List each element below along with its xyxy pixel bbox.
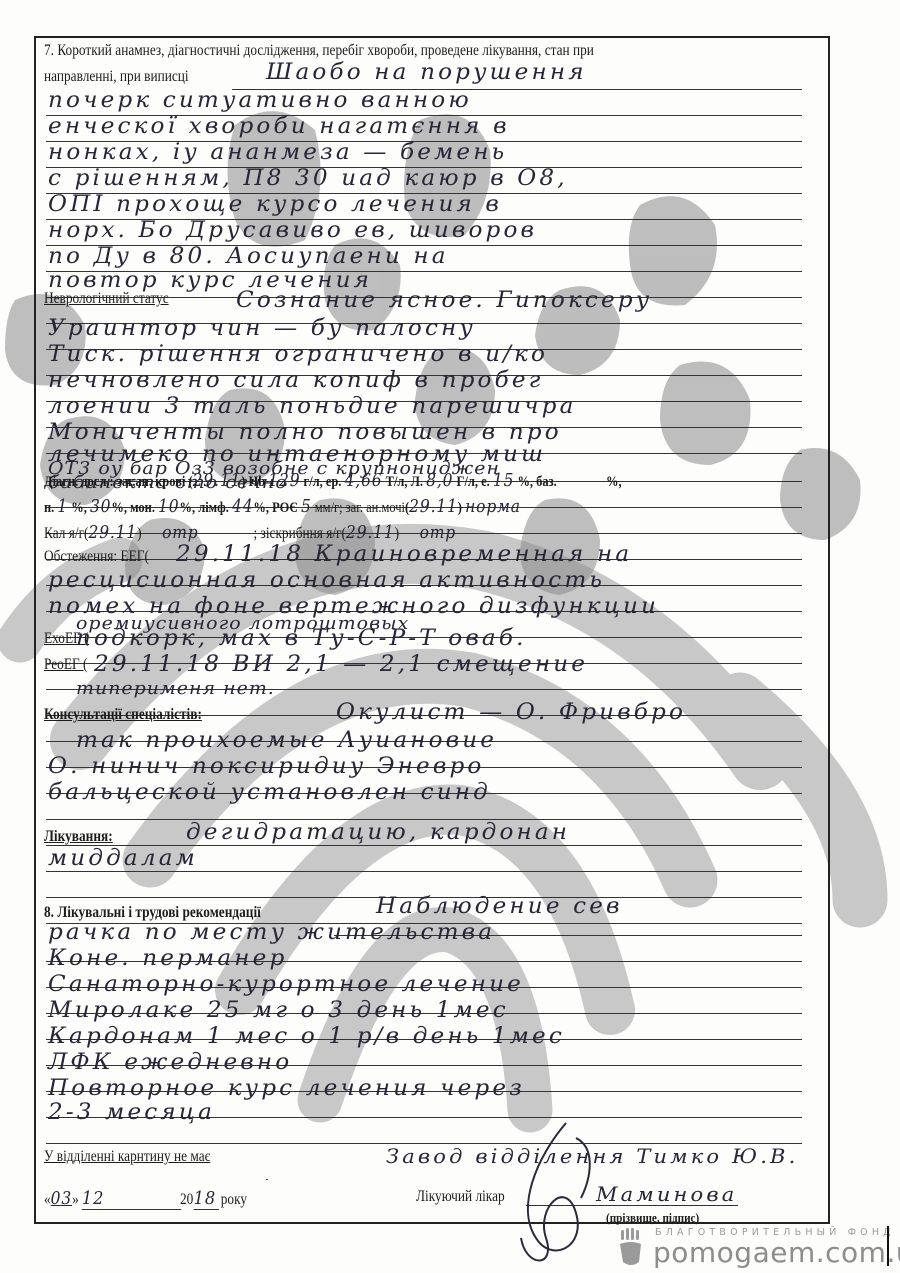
recommendation-line: Наблюдение сев — [376, 894, 623, 919]
date-month: 12 — [82, 1188, 181, 1210]
edge-bar — [887, 1226, 889, 1266]
reo-eg-label: РеоЕГ ( — [44, 656, 87, 674]
handwriting-line: Сознание ясное. Гипоксеру — [236, 288, 652, 313]
recommendation-line: Санаторно-курортное лечение — [48, 972, 524, 997]
ruled-line — [46, 794, 802, 820]
discharge-date: «03» 12 2018 року — [44, 1188, 247, 1210]
treatment-line: миддалам — [48, 846, 198, 871]
handwriting-line: лоении 3 таль поньдие парешичра — [48, 394, 577, 419]
quarantine-note: У відділенні карнтину не має — [44, 1148, 210, 1166]
handwriting-line: нонках, іу ананмеза — бемень — [48, 140, 507, 165]
doctor-label: Лікуючий лікар — [416, 1188, 505, 1206]
recommendation-line: Миролаке 25 мг о 3 день 1мес — [48, 998, 509, 1023]
date-quote-open: « — [44, 1191, 51, 1208]
recommendation-line: ЛФК ежедневно — [48, 1050, 292, 1075]
handwriting-line: норх. Бо Друсавиво ев, шиворов — [48, 218, 537, 243]
handwriting-line: нечновлено сила копиф в пробег — [48, 368, 544, 393]
treatment-line: дегидратацию, кардонан — [186, 820, 570, 845]
discharge-form: 7. Короткий анамнез, діагностичні дослід… — [34, 36, 830, 1224]
recommendation-line: рачка по месту жительства — [48, 920, 495, 945]
handwriting-line: Ураинтор чин — бу палосну — [48, 316, 476, 341]
recommendation-line: Коне. перманер — [48, 946, 287, 971]
handwriting-line: ОПІ прохоще курсо лечения в — [48, 192, 502, 217]
section7-subheading: направленні, при виписці — [44, 68, 189, 86]
handwriting-line: Тиск. рішення ограничено в и/ко — [48, 342, 548, 367]
section7-heading: 7. Короткий анамнез, діагностичні дослід… — [44, 42, 594, 60]
year-word: року — [221, 1191, 247, 1208]
recommendation-line: Кардонам 1 мес о 1 р/в день 1мес — [48, 1024, 565, 1049]
reo-line: типерименя нет. — [76, 678, 275, 699]
year-prefix: 20 — [180, 1191, 193, 1208]
year-suffix: 18 — [193, 1188, 218, 1210]
handwriting-line: с рішенням, П8 30 иад каюр в О8, — [48, 166, 568, 191]
handwriting-line: почерк ситуативно ванною — [48, 88, 472, 113]
date-day: 03 — [51, 1188, 72, 1209]
handwriting-line: по Ду в 80. Аосиупаени на — [48, 244, 449, 269]
signature-scribble-icon — [496, 1118, 626, 1273]
treatment-label: Лікування: — [44, 828, 113, 846]
foundation-logo: БЛАГОТВОРИТЕЛЬНЫЙ ФОНД pomogaem.com.ua — [617, 1226, 887, 1272]
reo-line: 29.11.18 ВИ 2,1 — 2,1 смещение — [94, 652, 588, 677]
handwriting-line: енческої хвороби нагатєння в — [48, 114, 510, 139]
date-quote-close: » — [72, 1191, 79, 1208]
recommendation-line: 2-3 месяца — [48, 1100, 215, 1125]
foundation-site: pomogaem.com.ua — [653, 1236, 900, 1269]
ruled-line — [266, 1154, 268, 1180]
handwriting-line: Шаобо на порушення — [266, 60, 587, 85]
recommendation-line: Повторное курс лечения через — [48, 1076, 525, 1101]
hand-logo-icon — [617, 1228, 645, 1268]
